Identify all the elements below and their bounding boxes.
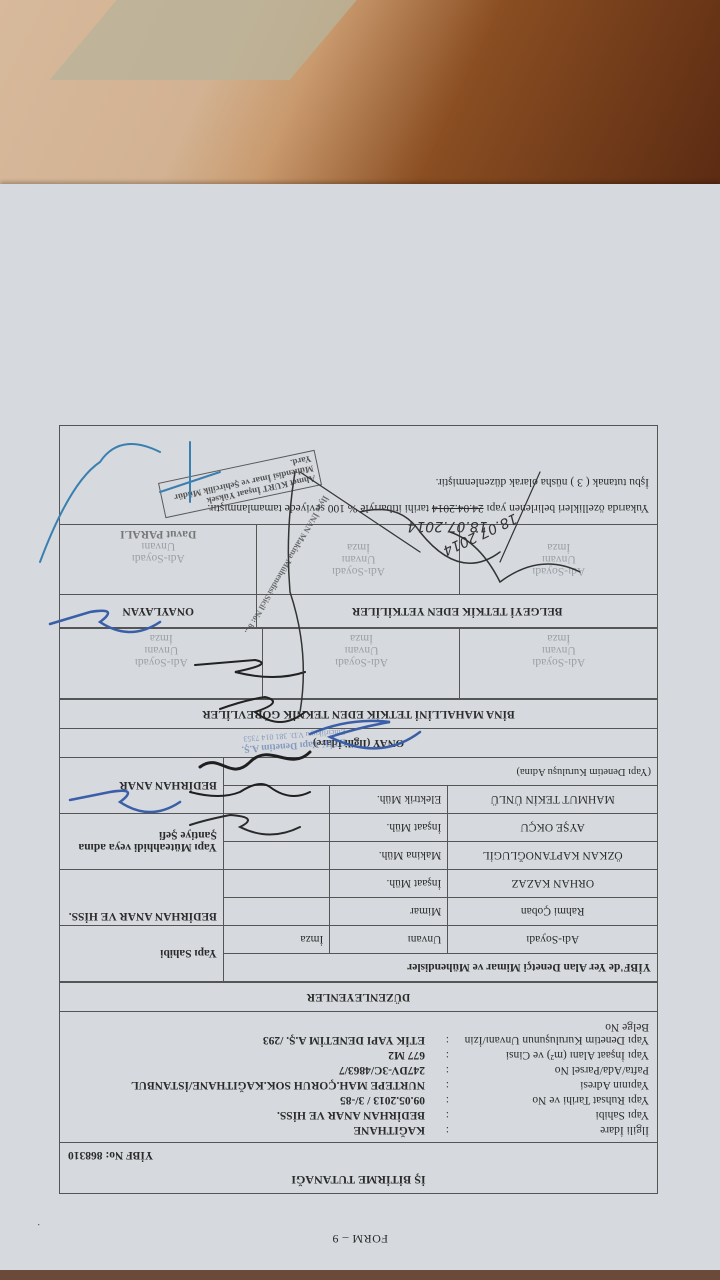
signature-cell <box>223 786 330 814</box>
info-row: Yapı Sahibi : BEDİRHAN ANAR VE HİSS. <box>68 1108 649 1121</box>
info-label: Pafta/Ada/Parsel No <box>449 1063 649 1076</box>
ybf-number: YİBF No: 868310 <box>68 1149 153 1161</box>
info-row: Yapı İnşaat Alanı (m²) ve Cinsi : 677 M2 <box>68 1048 649 1061</box>
copies-note: İşbu tutanak ( 3 ) nüsha olarak düzenlen… <box>68 474 649 490</box>
approval-heading: ONAY (İlgili İdare) <box>60 728 657 757</box>
approver-name: Davut PARALI <box>66 528 251 540</box>
info-value: ETİK YAPI DENETİM A.Ş. /293 <box>68 1020 425 1046</box>
inspectors-table: Adı-Soyadı Unvanı İmza Adı-Soyadı Unvanı… <box>60 628 657 699</box>
engineer-name: ÖZKAN KAPTANOĞLUGİL <box>448 842 657 870</box>
info-label: İlgili İdare <box>449 1123 649 1136</box>
info-row: İlgili İdare : KAĞITHANE <box>68 1123 649 1136</box>
col-name: Adı-Soyadı <box>270 656 454 668</box>
info-label: Yapının Adresi <box>449 1078 649 1091</box>
col-title: Unvanı <box>330 926 448 954</box>
col-name: Adı-Soyadı <box>467 656 652 668</box>
engineer-title: İnşaat Müh. <box>330 814 448 842</box>
engineer-name: AYŞE OKÇU <box>448 814 657 842</box>
owner-name: BEDİRHAN ANAR VE HİSS. <box>60 870 223 926</box>
contractor-heading: Yapı Müteahhidi veya adına Şantiye Şefi <box>60 814 223 870</box>
col-name: Adı-Soyadı <box>448 926 657 954</box>
info-row: Yapının Adresi : NURTEPE MAH.ÇORUH SOK.K… <box>68 1078 649 1091</box>
col-title: Unvanı <box>66 644 257 656</box>
info-label: Yapı Denetim Kuruluşunun Unvanı/İzin Bel… <box>449 1020 649 1046</box>
approver-cell: Adı-Soyadı Unvanı Davut PARALI <box>60 525 257 595</box>
engineer-name: ORHAN KAZAZ <box>448 870 657 898</box>
info-label: Yapı Ruhsat Tarihi ve No <box>449 1093 649 1106</box>
signature-cell <box>223 870 330 898</box>
document-paper: FORM – 9 İŞ BİTİRME TUTANAĞI YİBF No: 86… <box>0 184 720 1272</box>
ybf-value: 868310 <box>68 1149 103 1161</box>
project-info: İlgili İdare : KAĞITHANE Yapı Sahibi : B… <box>60 1011 657 1142</box>
engineer-title: Makina Müh. <box>330 842 448 870</box>
info-value: KAĞITHANE <box>68 1123 425 1136</box>
form-frame: İŞ BİTİRME TUTANAĞI YİBF No: 868310 İlgi… <box>59 425 658 1194</box>
ybf-label: YİBF No: <box>105 1149 153 1161</box>
col-title: Unvanı <box>467 644 652 656</box>
form-number: FORM – 9 <box>0 1231 720 1246</box>
certificate-heading: BELGEYİ TETKİK EDEN YETKİLİLER <box>257 595 657 628</box>
col-signature: İmza <box>223 926 330 954</box>
certificate-table: BELGEYİ TETKİK EDEN YETKİLİLER ONAYLAYAN… <box>60 524 657 628</box>
info-row: Yapı Ruhsat Tarihi ve No : 09.05.2013 / … <box>68 1093 649 1106</box>
info-row: Yapı Denetim Kuruluşunun Unvanı/İzin Bel… <box>68 1020 649 1046</box>
info-value: 677 M2 <box>68 1048 425 1061</box>
info-value: BEDİRHAN ANAR VE HİSS. <box>68 1108 425 1121</box>
info-label: Yapı Sahibi <box>449 1108 649 1121</box>
engineer-title: Mimar <box>330 898 448 926</box>
table-row: MAHMUT TEKİN ÜNLÜ Elektrik Müh. BEDİRHAN… <box>60 786 657 814</box>
col-signature: İmza <box>270 632 454 644</box>
col-signature: İmza <box>467 632 652 644</box>
title-row: İŞ BİTİRME TUTANAĞI YİBF No: 868310 <box>60 1142 657 1193</box>
col-title: Unvanı <box>270 644 454 656</box>
inspector-cell: Adı-Soyadı Unvanı İmza <box>60 629 263 699</box>
col-name: Adı-Soyadı <box>66 656 257 668</box>
engineers-heading: YİBF'de Yer Alan Denetçi Mimar ve Mühend… <box>223 954 657 982</box>
info-row: Pafta/Ada/Parsel No : 247DV-3C/4863/7 <box>68 1063 649 1076</box>
engineer-title: Elektrik Müh. <box>330 786 448 814</box>
engineers-table: YİBF'de Yer Alan Denetçi Mimar ve Mühend… <box>60 757 657 982</box>
inspector-cell: Adı-Soyadı Unvanı İmza <box>263 629 460 699</box>
info-value: 09.05.2013 / 3/-85 <box>68 1093 425 1106</box>
info-label: Yapı İnşaat Alanı (m²) ve Cinsi <box>449 1048 649 1061</box>
signature-cell <box>223 842 330 870</box>
engineer-name: Rahmi Çoban <box>448 898 657 926</box>
signature-cell <box>223 814 330 842</box>
info-value: NURTEPE MAH.ÇORUH SOK.KAĞITHANE/İSTANBUL <box>68 1078 425 1091</box>
struck-date: 24.04.2014 <box>432 502 484 514</box>
info-value: 247DV-3C/4863/7 <box>68 1063 425 1076</box>
table-row: Rahmi Çoban Mimar BEDİRHAN ANAR VE HİSS. <box>60 898 657 926</box>
approver-heading: ONAYLAYAN <box>60 595 257 628</box>
table-row: ÖZKAN KAPTANOĞLUGİL Makina Müh. Yapı Müt… <box>60 842 657 870</box>
duzenleyenler-heading: DÜZENLEYENLER <box>60 982 657 1011</box>
company-note: (Yapı Denetim Kuruluşu Adına) <box>223 758 657 786</box>
owner-heading: Yapı Sahibi <box>60 926 223 982</box>
inspector-cell: Adı-Soyadı Unvanı İmza <box>460 629 657 699</box>
paper-mark: . <box>38 1221 41 1232</box>
form-title: İŞ BİTİRME TUTANAĞI <box>60 1172 657 1187</box>
background-bottom-edge <box>0 1270 720 1280</box>
completion-statement: Yukarıda özellikleri belirlenen yapı 24.… <box>68 500 649 516</box>
signature-cell <box>223 898 330 926</box>
contractor-name: BEDİRHAN ANAR <box>60 758 223 814</box>
col-signature: İmza <box>66 632 257 644</box>
form-sheet: FORM – 9 İŞ BİTİRME TUTANAĞI YİBF No: 86… <box>0 184 720 1272</box>
engineer-name: MAHMUT TEKİN ÜNLÜ <box>448 786 657 814</box>
statement: Yukarıda özellikleri belirlenen yapı 24.… <box>60 426 657 524</box>
inspectors-heading: BİNA MAHALLİNİ TETKİK EDEN TEKNİK GÖREVL… <box>60 699 657 728</box>
engineer-title: İnşaat Müh. <box>330 870 448 898</box>
